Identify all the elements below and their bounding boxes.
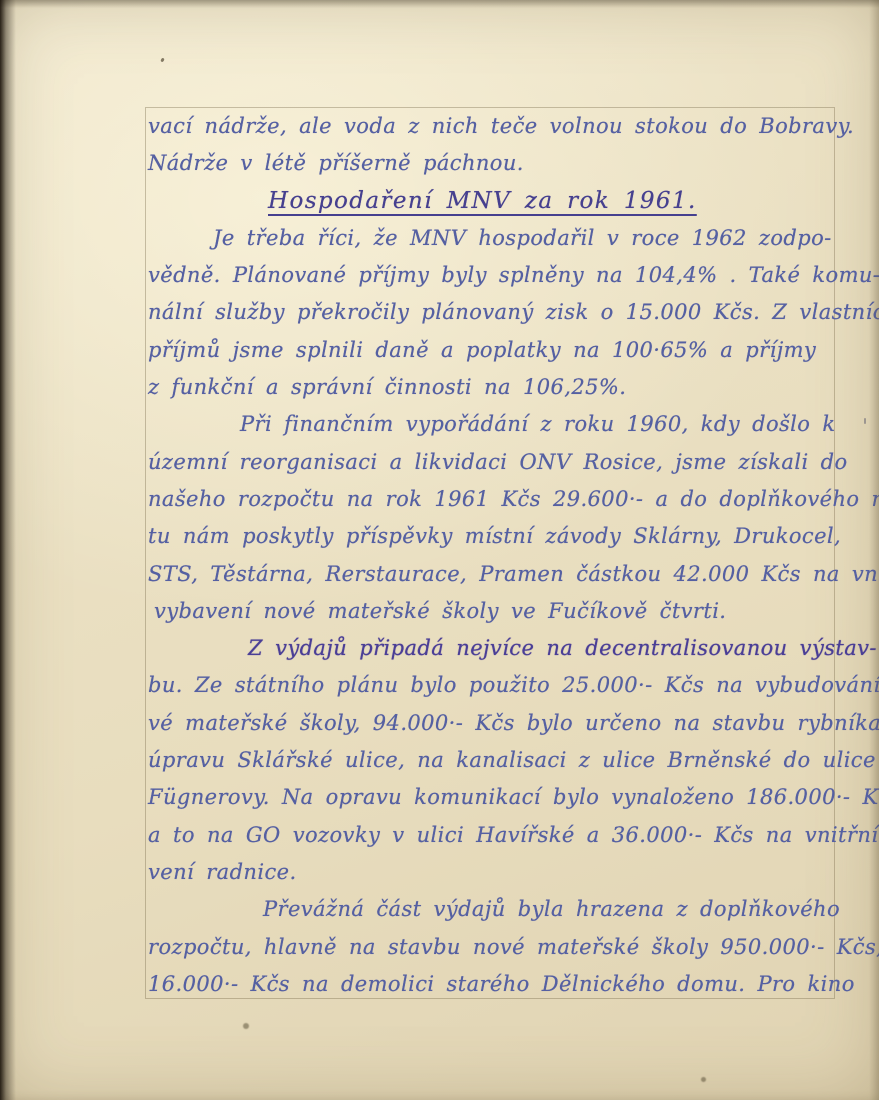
- handwritten-line: a to na GO vozovky v ulici Havířské a 36…: [148, 817, 860, 854]
- handwritten-line: úpravu Sklářské ulice, na kanalisaci z u…: [148, 742, 860, 779]
- paper-speck: [701, 1077, 706, 1082]
- page-top-edge-shadow: [0, 0, 879, 8]
- handwritten-line: Fügnerovy. Na opravu komunikací bylo vyn…: [148, 779, 860, 816]
- handwritten-line: Z výdajů připadá nejvíce na decentraliso…: [148, 630, 860, 667]
- section-heading: Hospodaření MNV za rok 1961.: [148, 183, 860, 220]
- paper-speck: [243, 1023, 249, 1029]
- handwritten-line: Nádrže v létě příšerně páchnou.: [148, 145, 860, 182]
- handwritten-line: vení radnice.: [148, 854, 860, 891]
- handwritten-line: vědně. Plánované příjmy byly splněny na …: [148, 257, 860, 294]
- stray-ink-mark: [864, 418, 866, 424]
- paper-page: vací nádrže, ale voda z nich teče volnou…: [0, 0, 879, 1100]
- handwritten-line: tu nám poskytly příspěvky místní závody …: [148, 518, 860, 555]
- handwritten-line: územní reorganisaci a likvidaci ONV Rosi…: [148, 444, 860, 481]
- handwritten-line: nální služby překročily plánovaný zisk o…: [148, 294, 860, 331]
- handwritten-line: z funkční a správní činnosti na 106,25%.: [148, 369, 860, 406]
- handwritten-text-block: vací nádrže, ale voda z nich teče volnou…: [148, 108, 860, 1003]
- handwritten-line: Při finančním vypořádání z roku 1960, kd…: [148, 406, 860, 443]
- handwritten-line: vé mateřské školy, 94.000·- Kčs bylo urč…: [148, 705, 860, 742]
- handwritten-line: STS, Těstárna, Rerstaurace, Pramen částk…: [148, 556, 860, 593]
- ink-speck: [160, 58, 165, 63]
- handwritten-line: Je třeba říci, že MNV hospodařil v roce …: [148, 220, 860, 257]
- page-right-edge-shadow: [869, 0, 879, 1100]
- chronicle-page-photo: vací nádrže, ale voda z nich teče volnou…: [0, 0, 879, 1100]
- handwritten-line: 16.000·- Kčs na demolici starého Dělnick…: [148, 966, 860, 1003]
- handwritten-line: vybavení nové mateřské školy ve Fučíkově…: [148, 593, 860, 630]
- handwritten-line: našeho rozpočtu na rok 1961 Kčs 29.600·-…: [148, 481, 860, 518]
- handwritten-line: rozpočtu, hlavně na stavbu nové mateřské…: [148, 929, 860, 966]
- handwritten-line: bu. Ze státního plánu bylo použito 25.00…: [148, 667, 860, 704]
- handwritten-line: vací nádrže, ale voda z nich teče volnou…: [148, 108, 860, 145]
- handwritten-line: příjmů jsme splnili daně a poplatky na 1…: [148, 332, 860, 369]
- page-left-edge-shadow: [0, 0, 16, 1100]
- handwritten-line: Převážná část výdajů byla hrazena z dopl…: [148, 891, 860, 928]
